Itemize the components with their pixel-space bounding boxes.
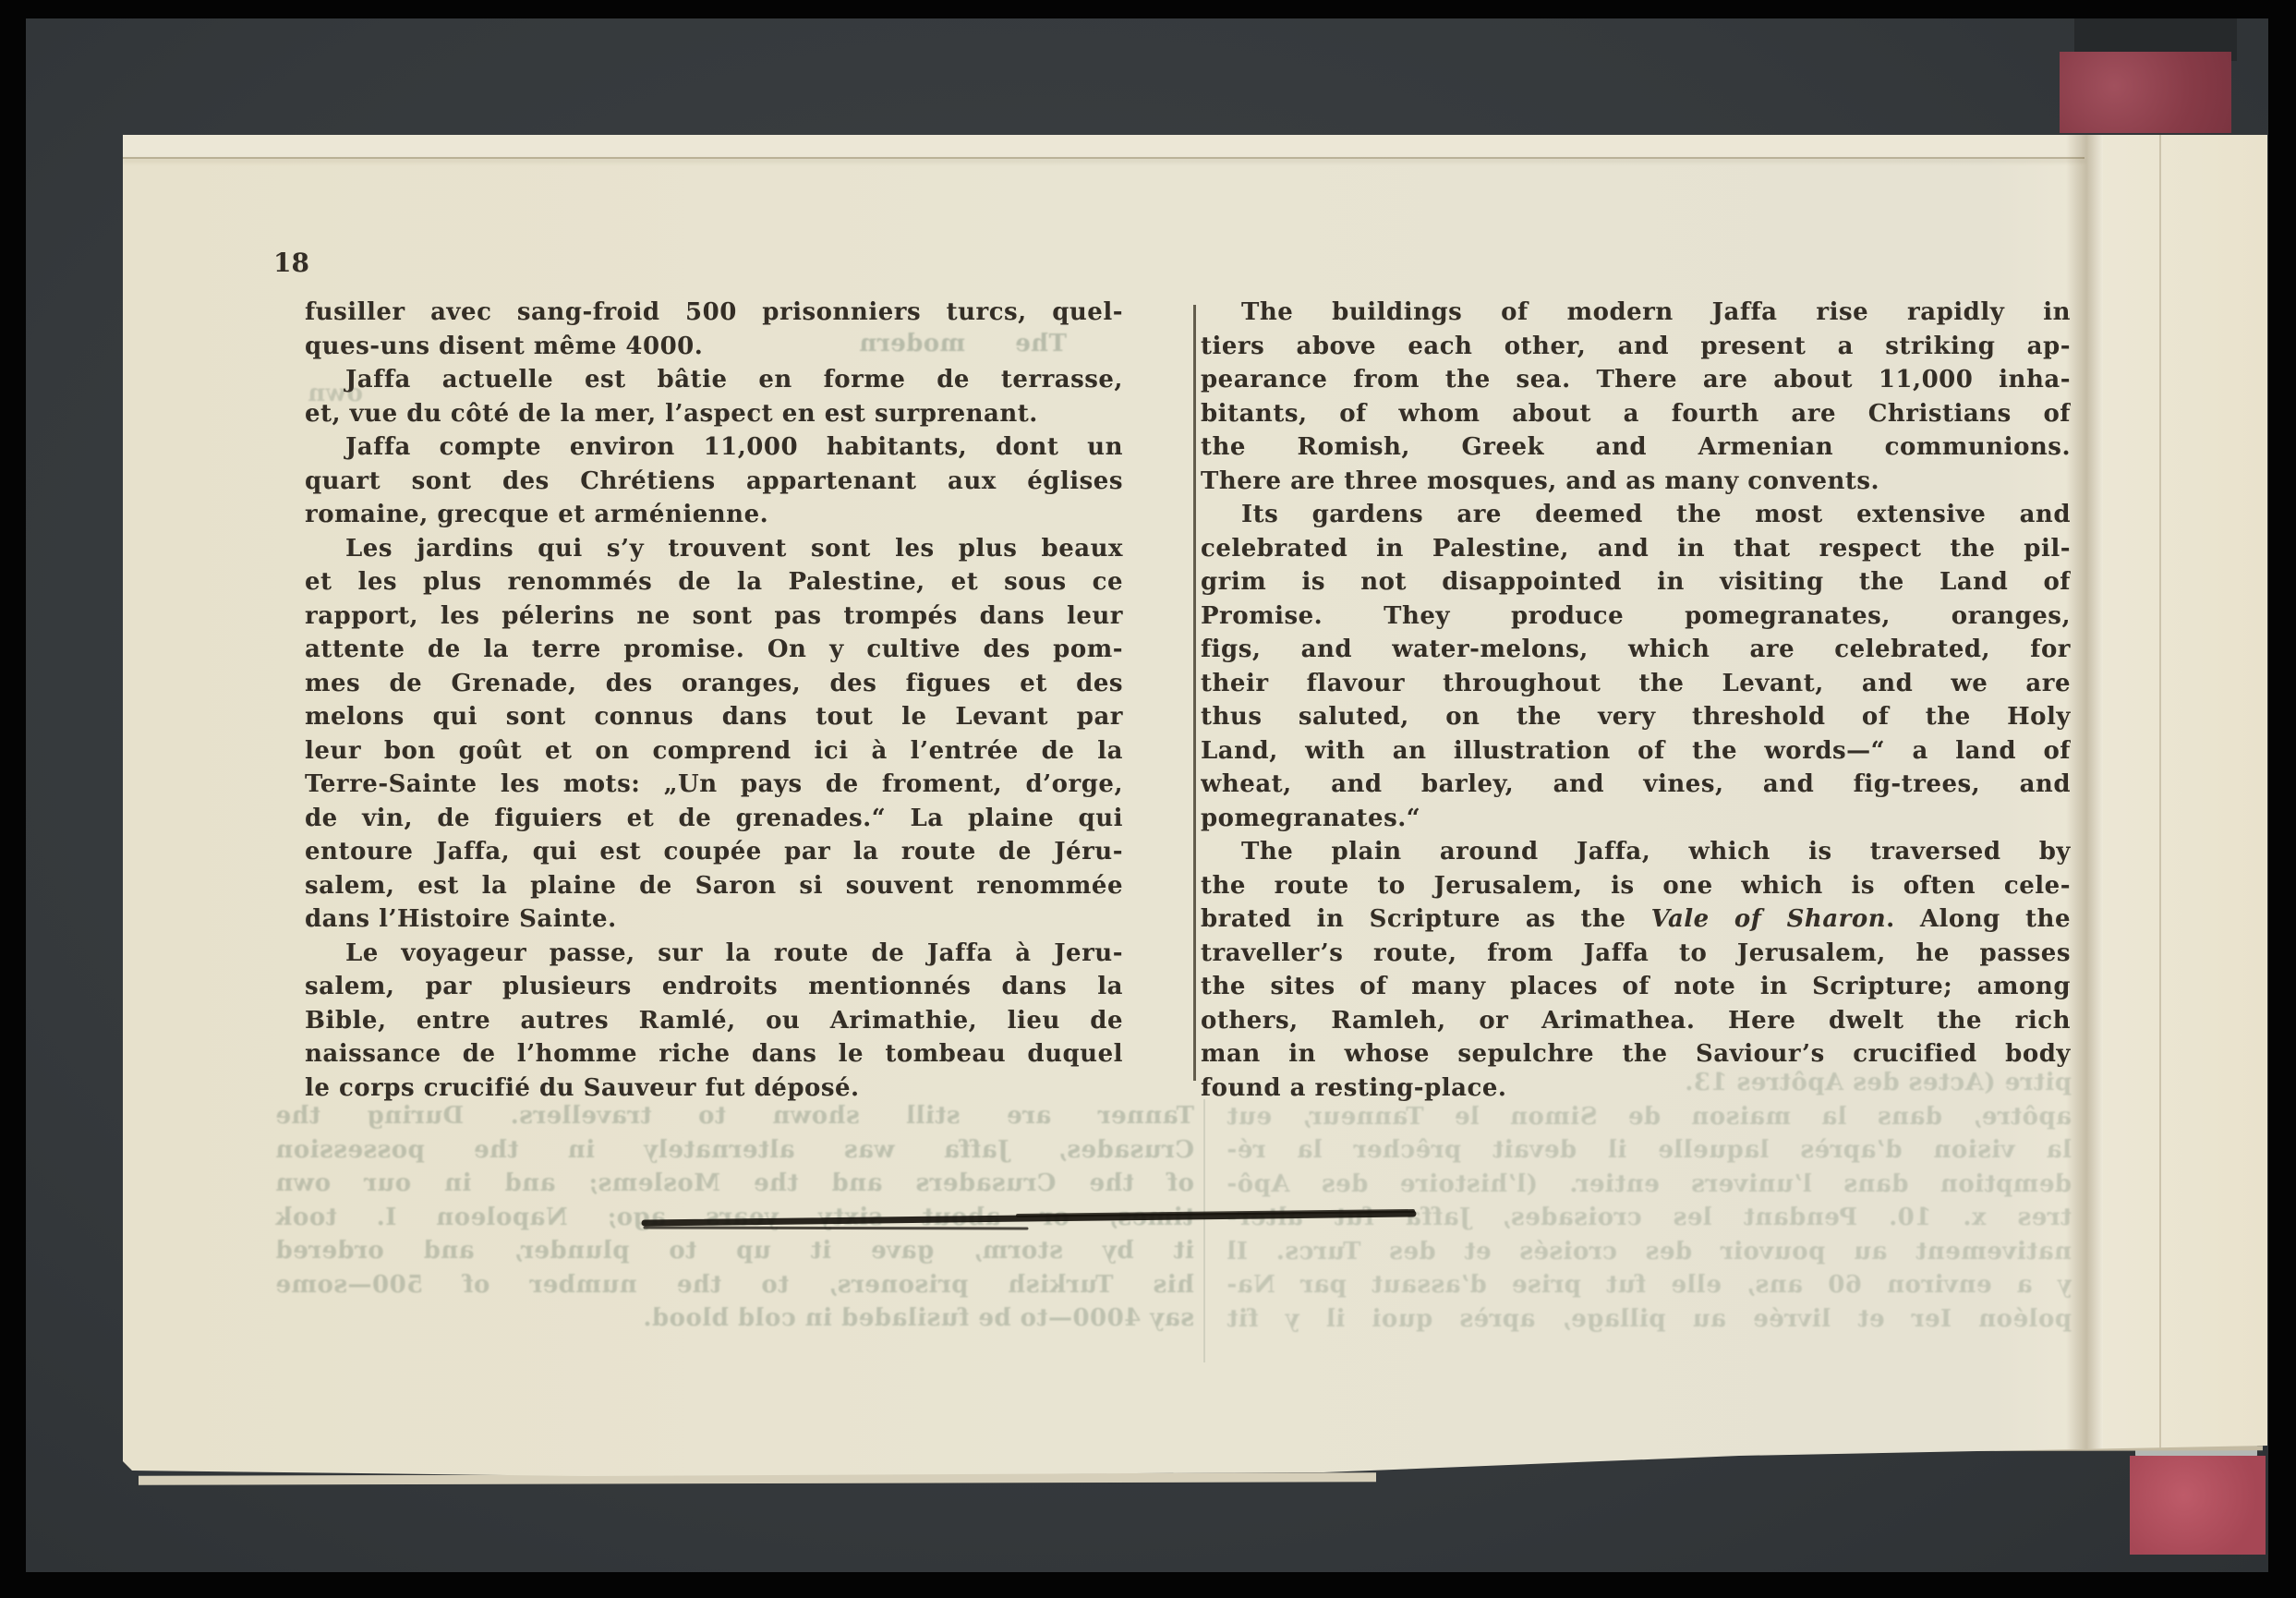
french-text-column: fusiller avec sang-froid 500 prisonniers… — [305, 296, 1123, 1105]
text-line: naissance de l’homme riche dans le tombe… — [305, 1037, 1123, 1071]
text-line: the Romish, Greek and Armenian communion… — [1201, 430, 2071, 465]
text-line: Its gardens are deemed the most extensiv… — [1201, 498, 2071, 532]
text-line: quart sont des Chrétiens appartenant aux… — [305, 465, 1123, 499]
page-top-edge-strip — [123, 135, 2085, 157]
column-divider-rule — [1193, 305, 1196, 1081]
english-text-column: The buildings of modern Jaffa rise rapid… — [1201, 296, 2071, 1105]
underlying-page-edge — [2159, 135, 2161, 1489]
text-line: The plain around Jaffa, which is travers… — [1201, 835, 2071, 869]
text-line: figs, and water-melons, which are celebr… — [1201, 633, 2071, 667]
text-line: salem, est la plaine de Saron si souvent… — [305, 869, 1123, 903]
text-line: The buildings of modern Jaffa rise rapid… — [1201, 296, 2071, 330]
text-line: thus saluted, on the very threshold of t… — [1201, 700, 2071, 734]
text-line: la vision d’après laquelle il devait prê… — [1227, 1133, 2072, 1168]
book-spine-red-band-bottom — [2130, 1456, 2266, 1555]
text-line: Bible, entre autres Ramlé, ou Arimathie,… — [305, 1004, 1123, 1038]
text-line: wheat, and barley, and vines, and fig-tr… — [1201, 768, 2071, 802]
text-line: de vin, de figuiers et de grenades.“ La … — [305, 802, 1123, 836]
text-line: it by storm, gave it up to plunder, and … — [275, 1234, 1194, 1268]
text-segment: . Along the — [1886, 905, 2071, 933]
text-line: et les plus renommés de la Palestine, et… — [305, 565, 1123, 599]
text-line: y a environ 60 ans, elle fut prise d’ass… — [1227, 1268, 2072, 1302]
text-line: bitants, of whom about a fourth are Chri… — [1201, 397, 2071, 431]
text-line: melons qui sont connus dans tout le Leva… — [305, 700, 1123, 734]
text-line: mes de Grenade, des oranges, des figues … — [305, 667, 1123, 701]
page-gutter-fold-shadow — [2066, 135, 2103, 1489]
text-line: demption dans l’univers entier. (l’histo… — [1227, 1168, 2072, 1202]
text-line: pearance from the sea. There are about 1… — [1201, 363, 2071, 397]
text-line: rapport, les pélerins ne sont pas trompé… — [305, 599, 1123, 634]
text-line: traveller’s route, from Jaffa to Jerusal… — [1201, 937, 2071, 971]
text-line: dans l’Histoire Sainte. — [305, 902, 1123, 937]
text-line: their flavour throughout the Levant, and… — [1201, 667, 2071, 701]
text-line: et, vue du côté de la mer, l’aspect en e… — [305, 397, 1123, 431]
text-line: There are three mosques, and as many con… — [1201, 465, 2071, 499]
ink-stroke-mark — [639, 1205, 1420, 1236]
text-line: pomegranates.“ — [1201, 802, 2071, 836]
text-line: salem, par plusieurs endroits mentionnés… — [305, 970, 1123, 1004]
text-line: attente de la terre promise. On y cultiv… — [305, 633, 1123, 667]
text-line: Land, with an illustration of the words—… — [1201, 734, 2071, 769]
text-line: brated in Scripture as the Vale of Sharo… — [1201, 902, 2071, 937]
text-line: the route to Jerusalem, is one which is … — [1201, 869, 2071, 903]
text-line: the sites of many places of note in Scri… — [1201, 970, 2071, 1004]
text-line: nativement au pouvoir des croisés et des… — [1227, 1235, 2072, 1269]
italic-text-segment: Vale of Sharon — [1651, 905, 1886, 933]
text-line: found a resting-place. — [1201, 1071, 2071, 1106]
text-line: le corps crucifié du Sauveur fut déposé. — [305, 1071, 1123, 1106]
text-line: Jaffa compte environ 11,000 habitants, d… — [305, 430, 1123, 465]
text-line: ques-uns disent même 4000. — [305, 330, 1123, 364]
text-line: Le voyageur passe, sur la route de Jaffa… — [305, 937, 1123, 971]
text-line: Promise. They produce pomegranates, oran… — [1201, 599, 2071, 634]
text-line: Jaffa actuelle est bâtie en forme de ter… — [305, 363, 1123, 397]
text-segment: brated in Scripture as the — [1201, 905, 1651, 933]
text-line: Les jardins qui s’y trouvent sont les pl… — [305, 532, 1123, 566]
text-line: poléon Ier et livrée au pillage, après q… — [1227, 1302, 2072, 1337]
bleedthrough-text-bottom-right: pitre (Actes des Apôtres 13.apôtre, dans… — [1227, 1066, 2072, 1336]
scanned-book-photo: { "page": { "number": "18" }, "left_colu… — [0, 0, 2296, 1598]
text-line: entoure Jaffa, qui est coupée par la rou… — [305, 835, 1123, 869]
text-line: Terre-Sainte les mots: „Un pays de frome… — [305, 768, 1123, 802]
book-page: The modern village own Tanner are still … — [123, 135, 2267, 1489]
text-line: man in whose sepulchre the Saviour’s cru… — [1201, 1037, 2071, 1071]
text-line: celebrated in Palestine, and in that res… — [1201, 532, 2071, 566]
book-spine-red-band-top — [2060, 52, 2231, 133]
text-line: grim is not disappointed in visiting the… — [1201, 565, 2071, 599]
page-number: 18 — [273, 248, 309, 278]
text-line: tiers above each other, and present a st… — [1201, 330, 2071, 364]
text-line: of the Crusaders and the Moslems; and in… — [275, 1167, 1194, 1201]
text-line: his Turkish prisoners, to the number of … — [275, 1268, 1194, 1302]
page-top-crease — [123, 157, 2085, 159]
text-line: others, Ramleh, or Arimathea. Here dwelt… — [1201, 1004, 2071, 1038]
text-line: romaine, grecque et arménienne. — [305, 498, 1123, 532]
text-line: leur bon goût et on comprend ici à l’ent… — [305, 734, 1123, 769]
text-line: say 4000—to be fusiladed in cold blood. — [275, 1301, 1194, 1336]
text-line: Crusades, Jaffa was alternately in the p… — [275, 1133, 1194, 1168]
text-line: fusiller avec sang-froid 500 prisonniers… — [305, 296, 1123, 330]
